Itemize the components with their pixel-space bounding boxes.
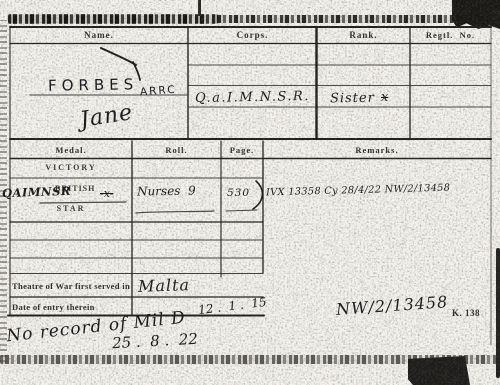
- theatre-value-handwritten: Malta: [138, 275, 191, 296]
- form-reference: K. 138: [452, 308, 480, 318]
- note-line2-handwritten: 25 . 8 . 22: [112, 330, 199, 352]
- decoration-handwritten: ARRC: [140, 84, 177, 99]
- rank-handwritten: Sister: [330, 91, 375, 107]
- reference-number-handwritten: NW/2/13458: [335, 292, 448, 319]
- date-of-entry-label: Date of entry therein: [12, 302, 95, 312]
- scan-artifact-right-sliver: [496, 248, 500, 378]
- rank-cross-mark: x: [381, 90, 388, 105]
- scanned-medal-card: { "card": { "top_table": { "headers": { …: [0, 0, 500, 385]
- surname-handwritten: FORBES: [48, 75, 138, 95]
- scan-artifact-top-right-blob: [452, 0, 500, 29]
- column-header-roll: Roll.: [132, 145, 221, 155]
- column-header-remarks: Remarks.: [263, 145, 491, 155]
- scan-artifact-bottom-blob: [408, 356, 470, 385]
- column-header-medal: Medal.: [10, 145, 132, 155]
- column-header-page: Page.: [221, 145, 263, 155]
- column-header-corps: Corps.: [188, 30, 317, 40]
- roll-value-handwritten: Nurses 9: [137, 183, 196, 198]
- date-value-handwritten: 12 . 1 . 15: [197, 295, 267, 317]
- corps-handwritten: Q.a.I.M.N.S.R.: [195, 89, 310, 106]
- scan-artifact-top-band-dense: [8, 14, 218, 24]
- medal-corps-overwrite-handwritten: QAIMNSR: [2, 184, 71, 200]
- scan-artifact-top-edge-line: [198, 0, 201, 16]
- medal-row-star-label: STAR: [10, 204, 132, 213]
- medal-cross-mark: -x-: [100, 187, 113, 200]
- remarks-handwritten: IVX 13358 Cy 28/4/22 NW/2/13458: [266, 183, 451, 199]
- column-header-rank: Rank.: [317, 30, 410, 40]
- column-header-regtl-no: Regtl. No.: [410, 30, 491, 40]
- theatre-of-war-label: Theatre of War first served in: [12, 281, 130, 291]
- column-header-name: Name.: [10, 30, 188, 40]
- forename-handwritten: Jane: [78, 100, 134, 133]
- medal-row-victory-label: VICTORY: [10, 163, 132, 172]
- page-value-handwritten: 530: [227, 187, 250, 199]
